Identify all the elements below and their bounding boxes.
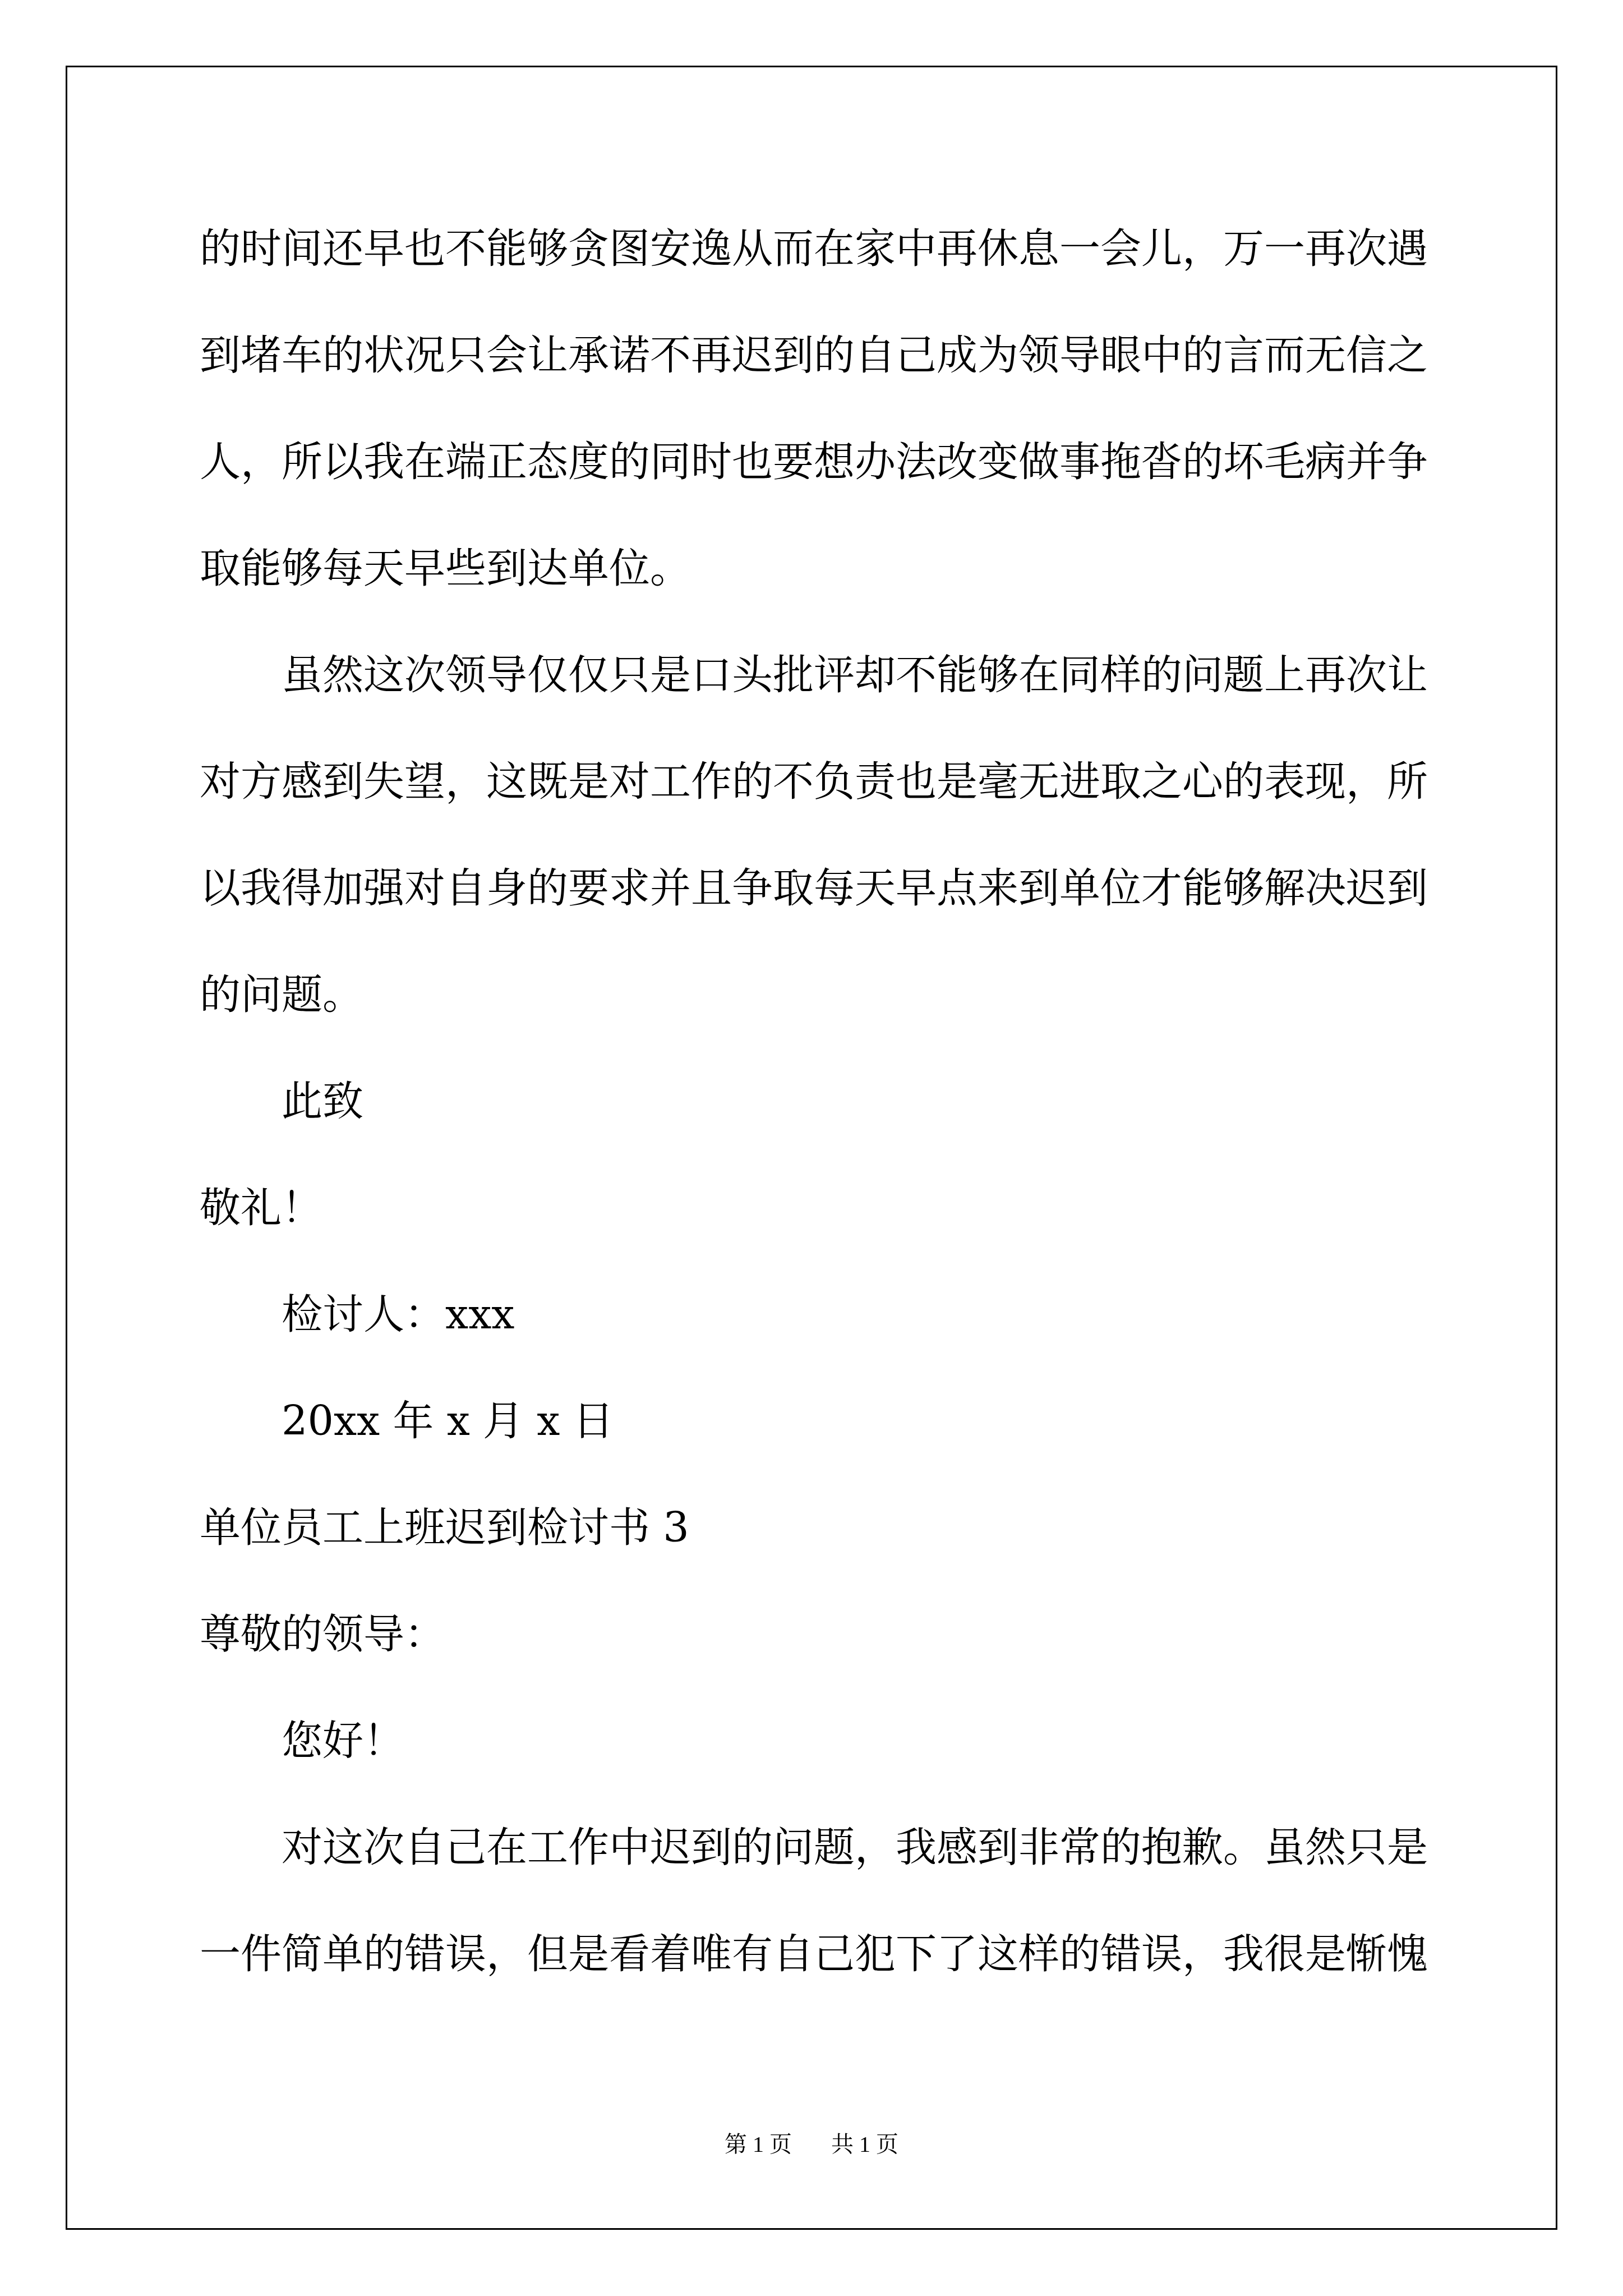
date-line: 20xx 年 x 月 x 日 <box>200 1368 1428 1475</box>
closing-regards: 敬礼！ <box>200 1155 1428 1262</box>
greeting: 您好！ <box>200 1688 1428 1795</box>
paragraph-line: 取能够每天早些到达单位。 <box>200 516 1428 622</box>
paragraph-line: 以我得加强对自身的要求并且争取每天早点来到单位才能够解决迟到 <box>200 835 1428 942</box>
paragraph-line: 虽然这次领导仅仅只是口头批评却不能够在同样的问题上再次让 <box>200 622 1428 729</box>
paragraph-line: 人，所以我在端正态度的同时也要想办法改变做事拖沓的坏毛病并争 <box>200 409 1428 516</box>
paragraph-line: 对这次自己在工作中迟到的问题，我感到非常的抱歉。虽然只是 <box>200 1795 1428 1901</box>
paragraph-line: 的时间还早也不能够贪图安逸从而在家中再休息一会儿，万一再次遇 <box>200 196 1428 302</box>
paragraph-line: 一件简单的错误，但是看着唯有自己犯下了这样的错误，我很是惭愧 <box>200 1901 1428 2008</box>
total-pages-label: 共 1 页 <box>831 2129 898 2160</box>
document-body: 的时间还早也不能够贪图安逸从而在家中再休息一会儿，万一再次遇 到堵车的状况只会让… <box>200 196 1428 2008</box>
greeting-recipient: 尊敬的领导： <box>200 1581 1428 1688</box>
current-page-label: 第 1 页 <box>725 2129 792 2160</box>
paragraph-line: 到堵车的状况只会让承诺不再迟到的自己成为领导眼中的言而无信之 <box>200 302 1428 409</box>
signature-line: 检讨人：xxx <box>200 1262 1428 1368</box>
paragraph-line: 对方感到失望，这既是对工作的不负责也是毫无进取之心的表现，所 <box>200 729 1428 835</box>
closing-salutation: 此致 <box>200 1048 1428 1155</box>
paragraph-line: 的问题。 <box>200 942 1428 1048</box>
section-title: 单位员工上班迟到检讨书 3 <box>200 1475 1428 1581</box>
page-footer: 第 1 页共 1 页 <box>0 2129 1623 2160</box>
